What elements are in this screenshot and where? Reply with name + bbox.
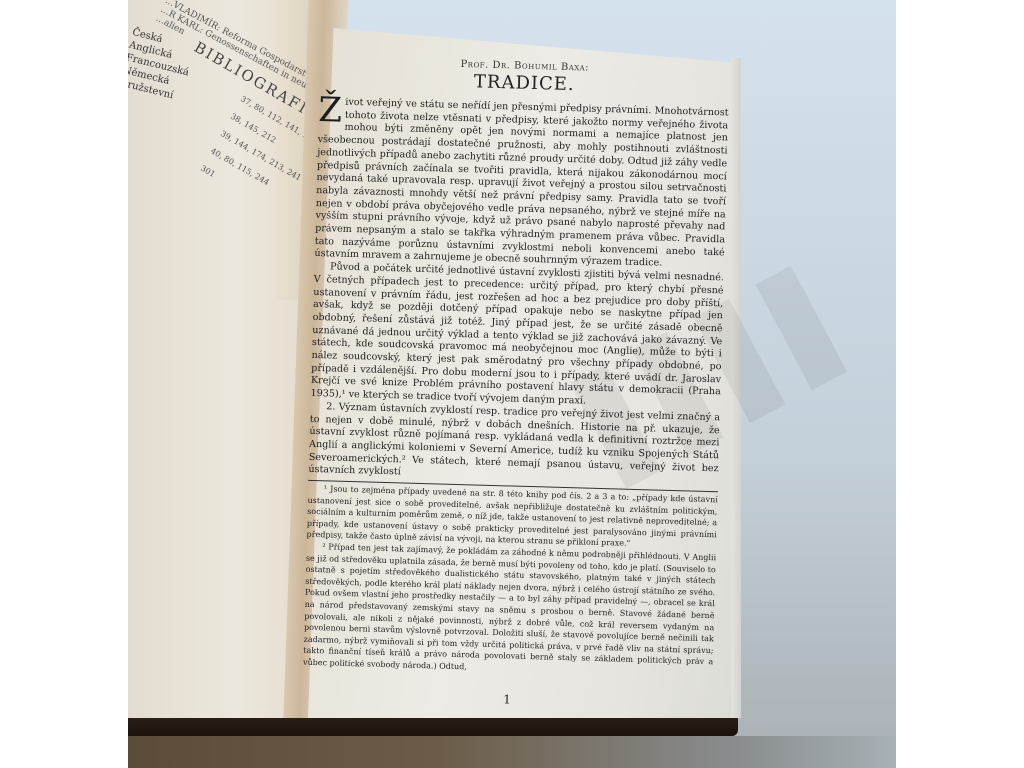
- paragraph: Život veřejný ve státu se neřídí jen pře…: [314, 96, 728, 273]
- footnote: ² Případ ten jest tak zajímavý, že poklá…: [303, 541, 716, 680]
- drop-cap: Ž: [318, 96, 342, 125]
- book-cover-edge: [128, 718, 738, 736]
- paragraph-text: ivot veřejný ve státu se neřídí jen přes…: [314, 97, 728, 269]
- left-page: …VLADIMÍR: Reforma Gospodarstva … …R KAR…: [128, 0, 313, 718]
- table-surface: [128, 736, 896, 768]
- book-photo: …VLADIMÍR: Reforma Gospodarstva … …R KAR…: [128, 0, 896, 768]
- footnotes: ¹ Jsou to zejména případy uvedené na str…: [303, 483, 718, 680]
